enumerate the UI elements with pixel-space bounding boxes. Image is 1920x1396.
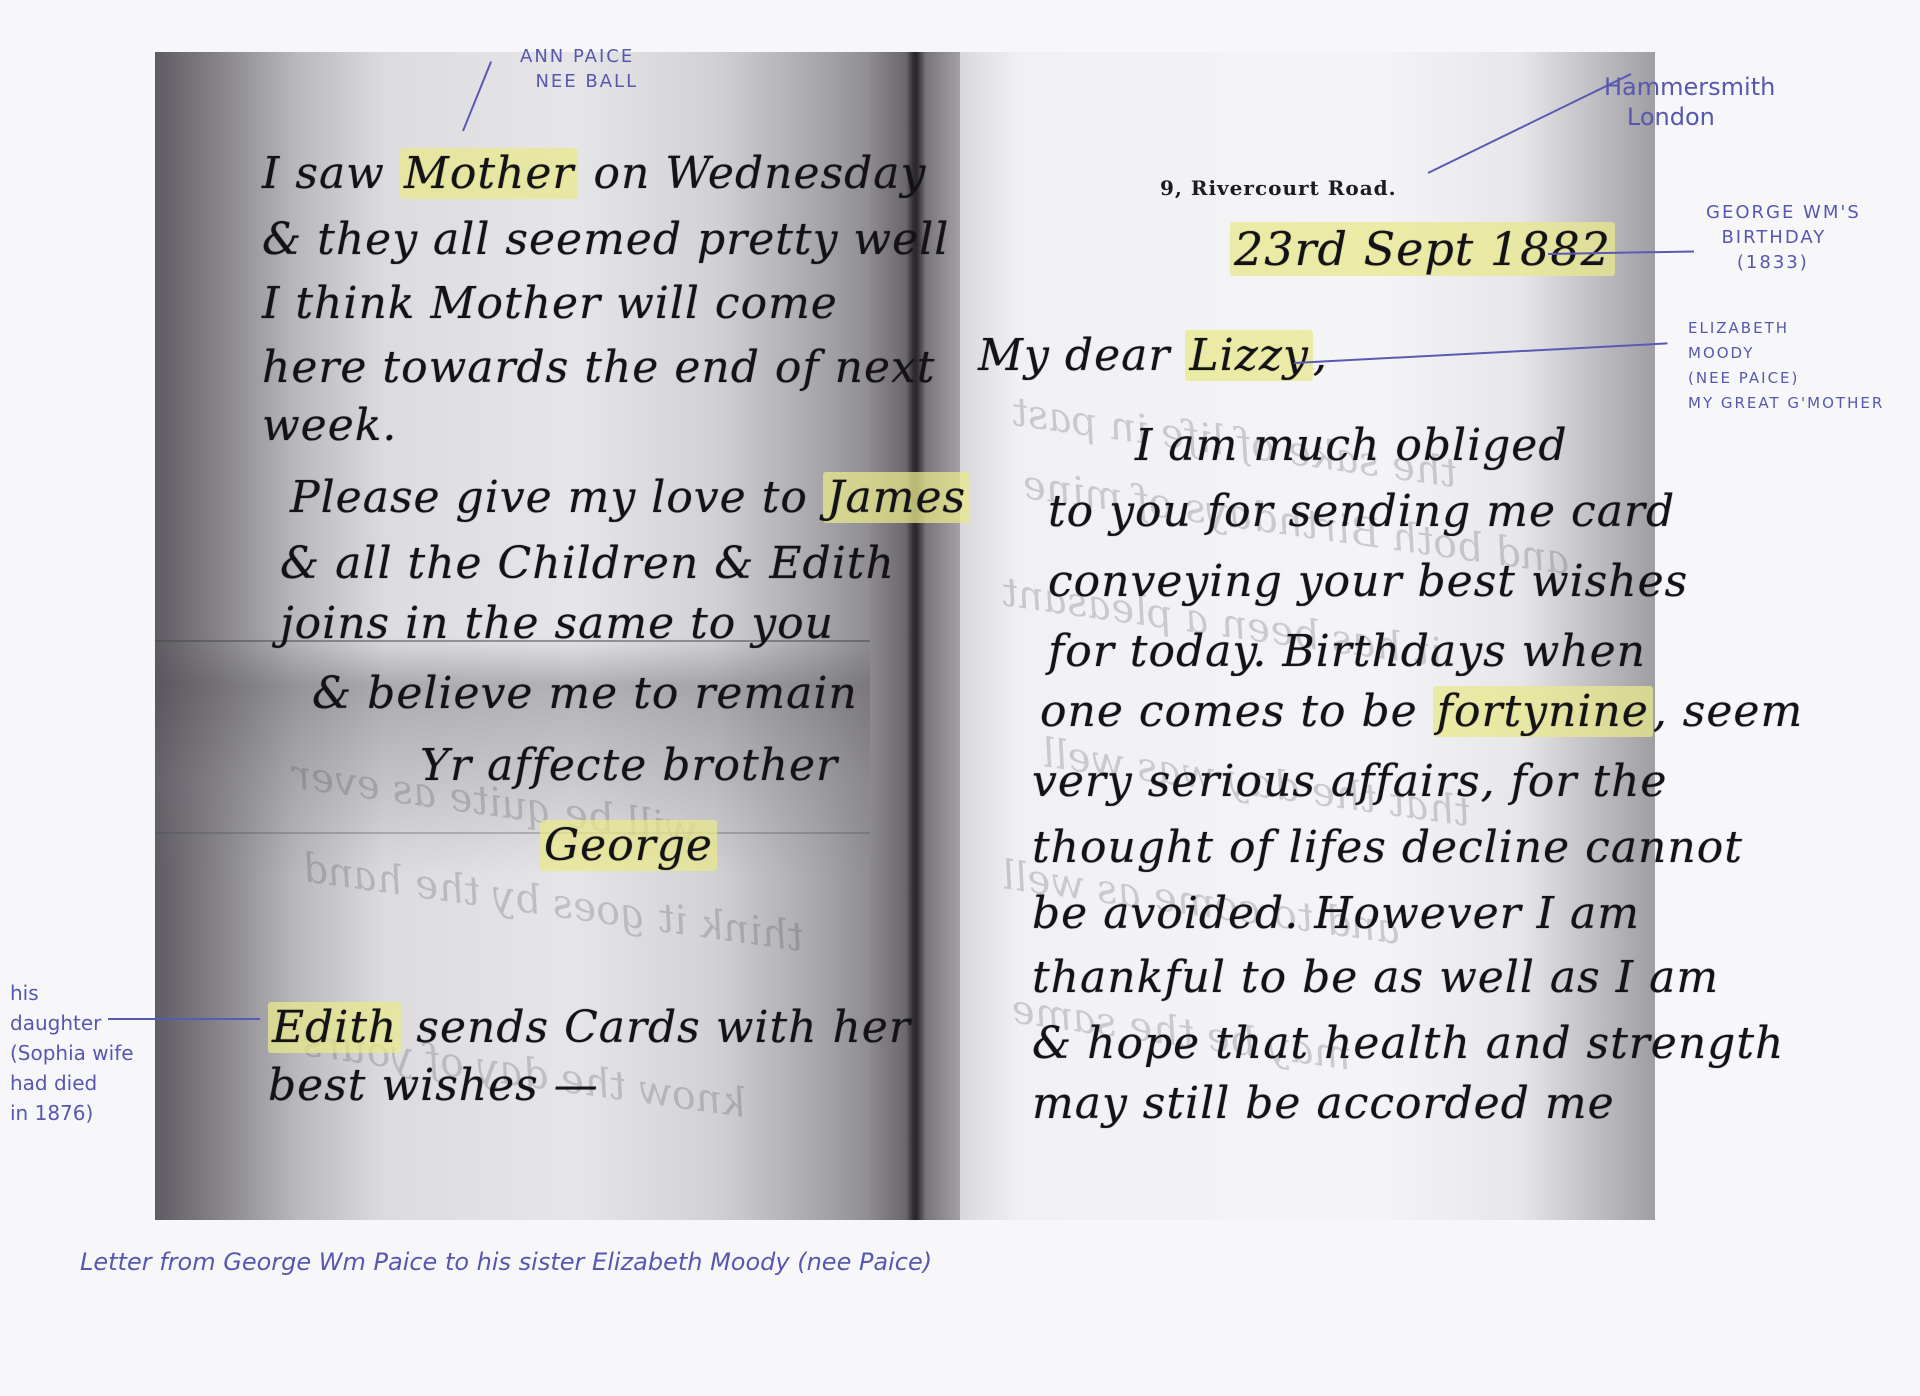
letter-line: for today. Birthdays when <box>1048 626 1646 677</box>
letter-line: here towards the end of next <box>262 342 935 393</box>
letter-line: & all the Children & Edith <box>280 538 895 589</box>
highlight-george: George <box>540 820 717 871</box>
scanned-sheet: the sake of life in past and both Birthd… <box>0 0 1920 1396</box>
highlight-james: James <box>823 472 970 523</box>
letter-line: Please give my love to James <box>290 472 970 523</box>
letter-line: be avoided. However I am <box>1032 888 1640 939</box>
salutation: My dear Lizzy, <box>978 330 1328 381</box>
letterhead-address: 9, Rivercourt Road. <box>1160 176 1397 200</box>
letter-line: thought of lifes decline cannot <box>1032 822 1743 873</box>
highlight-date: 23rd Sept 1882 <box>1230 222 1615 276</box>
fold-crease <box>155 832 870 834</box>
annotation-elizabeth-moody: ELIZABETH MOODY (NEE PAICE) MY GREAT G'M… <box>1688 316 1884 416</box>
letter-line: may still be accorded me <box>1032 1078 1615 1129</box>
letter-line: thankful to be as well as I am <box>1032 952 1719 1003</box>
letter-line: joins in the same to you <box>280 598 834 649</box>
annotation-hammersmith: Hammersmith London <box>1604 72 1775 132</box>
letter-line: & they all seemed pretty well <box>262 214 949 265</box>
letter-line: to you for sending me card <box>1048 486 1675 537</box>
letter-line: I saw Mother on Wednesday <box>262 148 926 199</box>
letter-line: I am much obliged <box>1135 420 1568 471</box>
highlight-fortynine: fortynine <box>1433 686 1653 737</box>
letter-date: 23rd Sept 1882 <box>1230 222 1615 276</box>
letter-line: & believe me to remain <box>312 668 858 719</box>
letter-postscript: Edith sends Cards with her <box>268 1002 911 1053</box>
letter-line: & hope that health and strength <box>1032 1018 1784 1069</box>
letter-line: conveying your best wishes <box>1048 556 1688 607</box>
annotation-footer-caption: Letter from George Wm Paice to his siste… <box>80 1250 932 1275</box>
letter-line: I think Mother will come <box>262 278 838 329</box>
letter-closing: Yr affecte brother <box>420 740 838 791</box>
letter-line: week. <box>262 400 397 451</box>
letter-postscript: best wishes — <box>268 1060 599 1111</box>
signature: George <box>540 820 717 871</box>
highlight-mother: Mother <box>400 148 579 199</box>
highlight-lizzy: Lizzy <box>1185 330 1313 381</box>
letter-line: very serious affairs, for the <box>1032 756 1667 807</box>
highlight-edith: Edith <box>268 1002 401 1053</box>
annotation-daughter: his daughter (Sophia wife had died in 18… <box>10 978 134 1128</box>
annotation-ann-paice: ANN PAICE NEE BALL <box>520 44 638 94</box>
letter-line: one comes to be fortynine, seem <box>1040 686 1803 737</box>
annotation-birthday: GEORGE Wm's BIRTHDAY (1833) <box>1706 200 1861 275</box>
